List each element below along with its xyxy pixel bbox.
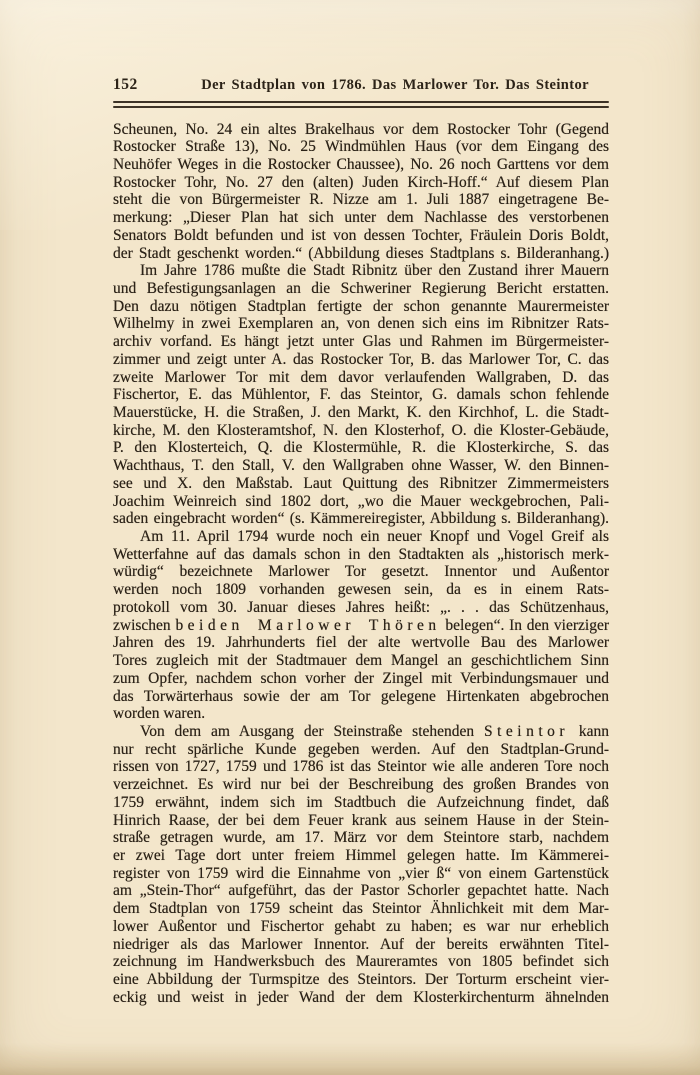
text-segment: Joachim Weinreich sind 1802 dort, „wo di… [113,493,609,510]
text-line: würdig“ bezeichnete Marlower Tor gesetzt… [113,563,609,581]
text-segment: Jahren des 19. Jahrhunderts fiel der alt… [113,634,609,651]
text-block: Scheunen, No. 24 ein altes Brakelhaus vo… [113,121,609,1007]
text-segment: Im Jahre 1786 mußte die Stadt Ribnitz üb… [140,262,609,279]
text-line: eine Abbildung der Turmspitze des Steint… [113,971,609,989]
text-segment: Den dazu nötigen Stadtplan fertigte der … [113,298,609,315]
text-segment: Wachthaus, T. den Stall, V. den Wallgrab… [113,457,609,474]
text-segment: Mauerstücke, H. die Straßen, J. den Mark… [113,404,609,421]
text-segment: Rostocker Tohr, No. 27 den (alten) Juden… [113,174,609,191]
text-line: werden noch 1809 vorhanden gewesen sein,… [113,581,609,599]
text-segment: eine Abbildung der Turmspitze des Steint… [113,971,609,988]
text-line: Von dem am Ausgang der Steinstraße stehe… [113,723,609,741]
text-line: Joachim Weinreich sind 1802 dort, „wo di… [113,493,609,511]
text-segment: Rostocker Straße 13), No. 25 Windmühlen … [113,138,609,155]
text-segment: merkung: „Dieser Plan hat sich unter dem… [113,209,609,226]
text-line: Wilhelmy in zwei Exemplaren an, von dene… [113,315,609,333]
text-line: protokoll vom 30. Januar dieses Jahres h… [113,599,609,617]
text-line: zweite Marlower Tor mit dem davor verlau… [113,369,609,387]
header-rule-bottom [113,106,609,108]
text-line: Tores zugleich mit der Stadtmauer dem Ma… [113,652,609,670]
text-segment: der Stadt geschenkt worden.“ (Abbildung … [113,245,609,262]
text-line: Fischertor, E. das Mühlentor, F. das Ste… [113,386,609,404]
text-segment: dem Stadtplan von 1759 scheint das Stein… [113,900,609,917]
text-segment: eckig und weist in jeder Wand der dem Kl… [113,989,609,1006]
text-segment: Von dem am Ausgang der Steinstraße stehe… [140,723,484,740]
paragraph: Am 11. April 1794 wurde noch ein neuer K… [113,528,609,723]
text-line: Neuhöfer Weges in die Rostocker Chaussee… [113,156,609,174]
letterspaced-text: Steintor [484,723,569,740]
text-line: lower Außentor und Fischertor gehabt zu … [113,918,609,936]
header-rule-top [113,101,609,103]
text-segment: Tores zugleich mit der Stadtmauer dem Ma… [113,652,609,669]
text-segment: zwischen [113,617,175,634]
text-segment: lower Außentor und Fischertor gehabt zu … [113,918,609,935]
text-segment: belegen“. In den vierziger [441,617,609,634]
text-line: worden waren. [113,705,609,723]
text-line: Hinrich Raase, der bei dem Feuer krank a… [113,812,609,830]
text-segment: saden eingebracht worden“ (s. Kämmereire… [113,510,609,527]
text-line: zum Opfer, nachdem schon vorher der Zing… [113,670,609,688]
text-line: zimmer und zeigt unter A. das Rostocker … [113,351,609,369]
text-segment: kirche, M. den Klosteramtshof, N. den Kl… [113,422,609,439]
text-line: Rostocker Tohr, No. 27 den (alten) Juden… [113,174,609,192]
paragraph: Im Jahre 1786 mußte die Stadt Ribnitz üb… [113,262,609,528]
text-segment: würdig“ bezeichnete Marlower Tor gesetzt… [113,563,609,580]
text-segment: Wetterfahne auf das damals schon in den … [113,546,609,563]
text-segment: kann [569,723,609,740]
text-line: Mauerstücke, H. die Straßen, J. den Mark… [113,404,609,422]
text-line: Senators Boldt befunden und ist von dess… [113,227,609,245]
text-line: zeichnung im Handwerksbuch des Maureramt… [113,953,609,971]
text-segment: worden waren. [113,705,205,722]
page-content: 152 Der Stadtplan von 1786. Das Marlower… [113,76,609,1006]
text-segment: niedriger als das Marlower Innentor. Auf… [113,936,609,953]
text-segment: steht die von Bürgermeister R. Nizze am … [113,191,609,208]
paragraph: Scheunen, No. 24 ein altes Brakelhaus vo… [113,121,609,263]
text-line: Im Jahre 1786 mußte die Stadt Ribnitz üb… [113,262,609,280]
text-line: er zwei Tage dort unter freiem Himmel ge… [113,847,609,865]
text-segment: see und X. den Maßstab. Laut Quittung de… [113,475,609,492]
text-segment: protokoll vom 30. Januar dieses Jahres h… [113,599,609,616]
text-segment: rissen von 1727, 1759 und 1786 ist das S… [113,758,609,775]
letterspaced-text: beiden Marlower Thören [175,617,440,634]
text-line: niedriger als das Marlower Innentor. Auf… [113,936,609,954]
text-segment: werden noch 1809 vorhanden gewesen sein,… [113,581,609,598]
text-segment: Fischertor, E. das Mühlentor, F. das Ste… [113,386,609,403]
text-line: straße getragen wurde, am 17. März vor d… [113,829,609,847]
text-line: Am 11. April 1794 wurde noch ein neuer K… [113,528,609,546]
text-segment: Scheunen, No. 24 ein altes Brakelhaus vo… [113,121,609,138]
text-segment: zweite Marlower Tor mit dem davor verlau… [113,369,609,386]
paragraph: Von dem am Ausgang der Steinstraße stehe… [113,723,609,1007]
text-line: am „Stein-Thor“ aufgeführt, das der Past… [113,882,609,900]
text-line: see und X. den Maßstab. Laut Quittung de… [113,475,609,493]
text-segment: archiv vorfand. Es hängt jetzt unter Gla… [113,333,609,350]
text-line: verzeichnet. Es wird nur bei der Beschre… [113,776,609,794]
text-line: Den dazu nötigen Stadtplan fertigte der … [113,298,609,316]
text-segment: register von 1759 wird die Einnahme von … [113,865,609,882]
page-number: 152 [113,76,138,94]
text-segment: Senators Boldt befunden und ist von dess… [113,227,609,244]
text-segment: zum Opfer, nachdem schon vorher der Zing… [113,670,609,687]
text-line: eckig und weist in jeder Wand der dem Kl… [113,989,609,1007]
text-segment: das Torwärterhaus sowie der am Tor geleg… [113,688,609,705]
text-segment: Wilhelmy in zwei Exemplaren an, von dene… [113,315,609,332]
text-line: Wachthaus, T. den Stall, V. den Wallgrab… [113,457,609,475]
text-segment: P. den Klosterteich, Q. die Klostermühle… [113,439,609,456]
text-line: rissen von 1727, 1759 und 1786 ist das S… [113,758,609,776]
text-segment: zeichnung im Handwerksbuch des Maureramt… [113,953,609,970]
text-line: saden eingebracht worden“ (s. Kämmereire… [113,510,609,528]
text-line: kirche, M. den Klosteramtshof, N. den Kl… [113,422,609,440]
text-line: dem Stadtplan von 1759 scheint das Stein… [113,900,609,918]
text-line: und Befestigungsanlagen an die Schwerine… [113,280,609,298]
text-segment: 1759 erwähnt, indem sich im Stadtbuch di… [113,794,609,811]
text-line: nur recht spärliche Kunde gegeben werden… [113,741,609,759]
page-header: 152 Der Stadtplan von 1786. Das Marlower… [113,76,609,94]
text-line: Wetterfahne auf das damals schon in den … [113,546,609,564]
text-segment: am „Stein-Thor“ aufgeführt, das der Past… [113,882,609,899]
running-title: Der Stadtplan von 1786. Das Marlower Tor… [201,77,609,94]
text-segment: Am 11. April 1794 wurde noch ein neuer K… [140,528,609,545]
text-line: register von 1759 wird die Einnahme von … [113,865,609,883]
text-segment: nur recht spärliche Kunde gegeben werden… [113,741,609,758]
text-segment: zimmer und zeigt unter A. das Rostocker … [113,351,609,368]
book-page-scan: 152 Der Stadtplan von 1786. Das Marlower… [0,0,700,1075]
text-line: der Stadt geschenkt worden.“ (Abbildung … [113,245,609,263]
text-segment: Hinrich Raase, der bei dem Feuer krank a… [113,812,609,829]
text-segment: verzeichnet. Es wird nur bei der Beschre… [113,776,609,793]
text-line: archiv vorfand. Es hängt jetzt unter Gla… [113,333,609,351]
text-line: Rostocker Straße 13), No. 25 Windmühlen … [113,138,609,156]
text-line: Jahren des 19. Jahrhunderts fiel der alt… [113,634,609,652]
text-segment: straße getragen wurde, am 17. März vor d… [113,829,609,846]
text-segment: er zwei Tage dort unter freiem Himmel ge… [113,847,609,864]
text-line: P. den Klosterteich, Q. die Klostermühle… [113,439,609,457]
text-line: zwischen beiden Marlower Thören belegen“… [113,617,609,635]
text-line: merkung: „Dieser Plan hat sich unter dem… [113,209,609,227]
text-segment: Neuhöfer Weges in die Rostocker Chaussee… [113,156,609,173]
text-segment: und Befestigungsanlagen an die Schwerine… [113,280,609,297]
text-line: das Torwärterhaus sowie der am Tor geleg… [113,688,609,706]
text-line: 1759 erwähnt, indem sich im Stadtbuch di… [113,794,609,812]
text-line: steht die von Bürgermeister R. Nizze am … [113,191,609,209]
text-line: Scheunen, No. 24 ein altes Brakelhaus vo… [113,121,609,139]
